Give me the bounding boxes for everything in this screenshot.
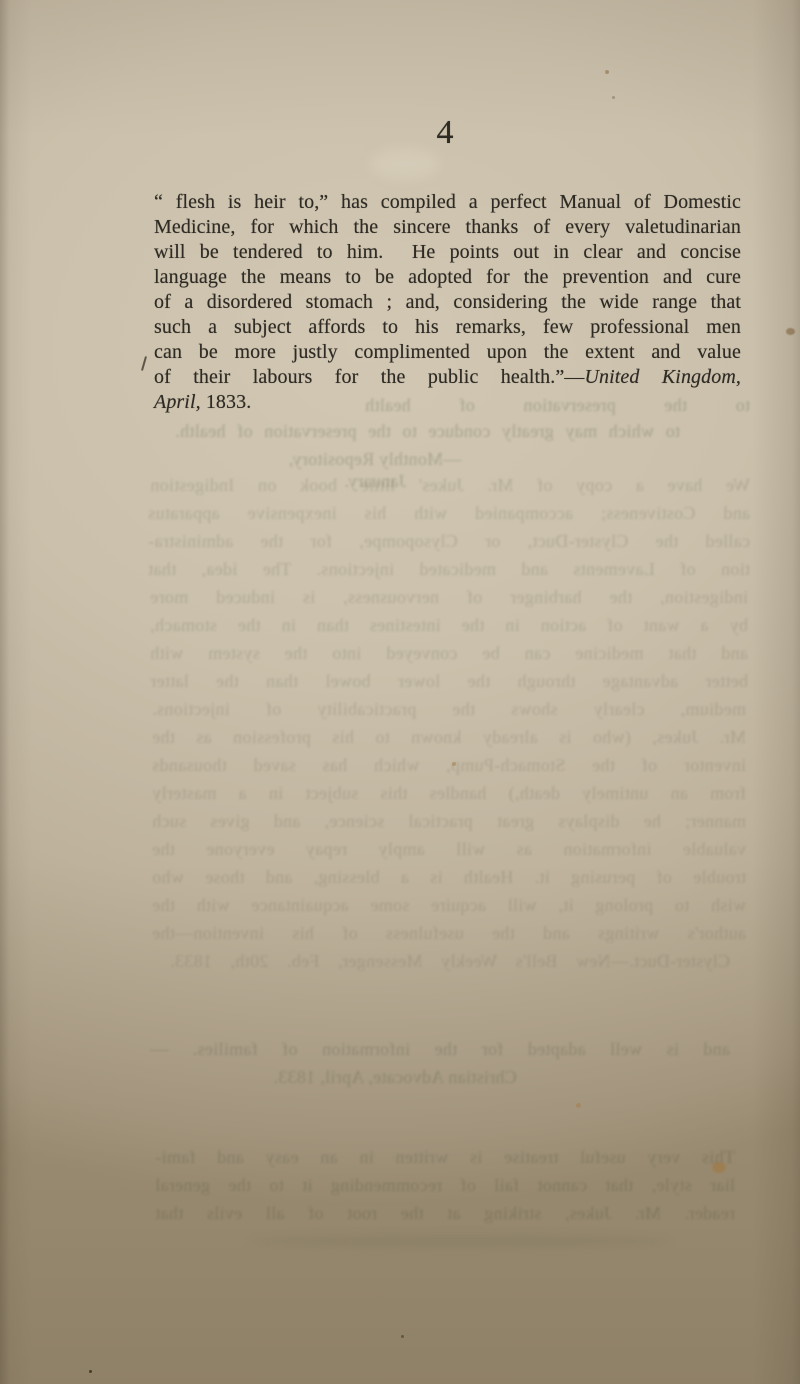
showthrough-line: reader. Mr. Jukes, striking at the root … bbox=[155, 1202, 735, 1226]
body-text-roman: 1833. bbox=[201, 391, 252, 413]
citation-source-italic: United Kingdom, bbox=[584, 366, 741, 388]
showthrough-line: indigestion, the harbinger of nervousnes… bbox=[150, 586, 748, 610]
showthrough-line: Clyster-Duct.—New Bell's Weekly Messenge… bbox=[170, 950, 730, 974]
showthrough-line: —Monthly Repository, January. bbox=[285, 448, 465, 472]
body-text-line: will be tendered to him. He points out i… bbox=[154, 240, 741, 266]
foxing-spot bbox=[712, 1162, 726, 1173]
showthrough-line: Christian Advocate, April, 1833. bbox=[230, 1066, 560, 1090]
showthrough-line: and Costiveness; accompanied with his in… bbox=[148, 502, 750, 526]
ink-speck bbox=[401, 1335, 404, 1338]
showthrough-line: liar style, that cannot fail of recommen… bbox=[155, 1174, 735, 1198]
scanned-book-page: 4 “ flesh is heir to,” has compiled a pe… bbox=[0, 0, 800, 1384]
showthrough-line: from an untimely death,) handles this su… bbox=[152, 782, 746, 806]
page-number: 4 bbox=[405, 116, 485, 150]
foxing-spot bbox=[576, 1103, 581, 1108]
showthrough-line: better advantage through the lower bowel… bbox=[150, 670, 748, 694]
body-text-roman: of their labours for the public health.”… bbox=[154, 366, 584, 388]
showthrough-line: and is well adapted for the information … bbox=[150, 1038, 730, 1062]
body-text-line: “ flesh is heir to,” has compiled a perf… bbox=[154, 190, 741, 216]
showthrough-line: and that medicine can be conveyed into t… bbox=[150, 642, 748, 666]
showthrough-line: author's writings and the usefulness of … bbox=[152, 922, 746, 946]
showthrough-line: by a want of action in the intestines th… bbox=[150, 614, 748, 638]
citation-date-italic: April, bbox=[154, 391, 201, 413]
foxing-spot bbox=[786, 328, 795, 335]
ink-speck bbox=[612, 96, 615, 99]
ink-mark bbox=[141, 356, 147, 371]
showthrough-line: wish to prolong it, will acquire some ac… bbox=[152, 894, 746, 918]
showthrough-line: manner; he displays great practical scie… bbox=[152, 810, 746, 834]
showthrough-line: We have a copy of Mr. Jukes' little book… bbox=[150, 474, 750, 498]
showthrough-line: called the Clyster-Duct, or Clysopompe, … bbox=[148, 530, 750, 554]
ink-speck bbox=[89, 1370, 92, 1373]
body-text-line: can be more justly complimented upon the… bbox=[154, 340, 741, 366]
foxing-spot bbox=[605, 70, 609, 74]
body-text-line: Medicine, for which the sincere thanks o… bbox=[154, 215, 741, 241]
paper-light-patch bbox=[370, 148, 440, 180]
showthrough-line: inventor of the Stomach-Pump, which has … bbox=[152, 754, 746, 778]
body-text-line: of their labours for the public health.”… bbox=[154, 365, 741, 391]
body-text-line: language the means to be adopted for the… bbox=[154, 265, 741, 291]
showthrough-smudge bbox=[250, 1234, 670, 1248]
foxing-spot bbox=[452, 762, 456, 766]
body-text-line: April, 1833. bbox=[154, 390, 741, 416]
showthrough-line: to which may greatly conduce to the pres… bbox=[175, 420, 680, 444]
showthrough-line: Mr. Jukes, (who is already known to his … bbox=[152, 726, 746, 750]
showthrough-line: valuable information as will amply repay… bbox=[152, 838, 746, 862]
showthrough-line: tion of Lavements and medicated injectio… bbox=[148, 558, 750, 582]
showthrough-line: This very useful treatise is written in … bbox=[155, 1146, 735, 1170]
body-text-line: such a subject affords to his remarks, f… bbox=[154, 315, 741, 341]
body-text-line: of a disordered stomach ; and, consideri… bbox=[154, 290, 741, 316]
showthrough-line: trouble of perusing it. Health is a bles… bbox=[152, 866, 746, 890]
showthrough-line: medium, clearly shows the practicability… bbox=[152, 698, 746, 722]
